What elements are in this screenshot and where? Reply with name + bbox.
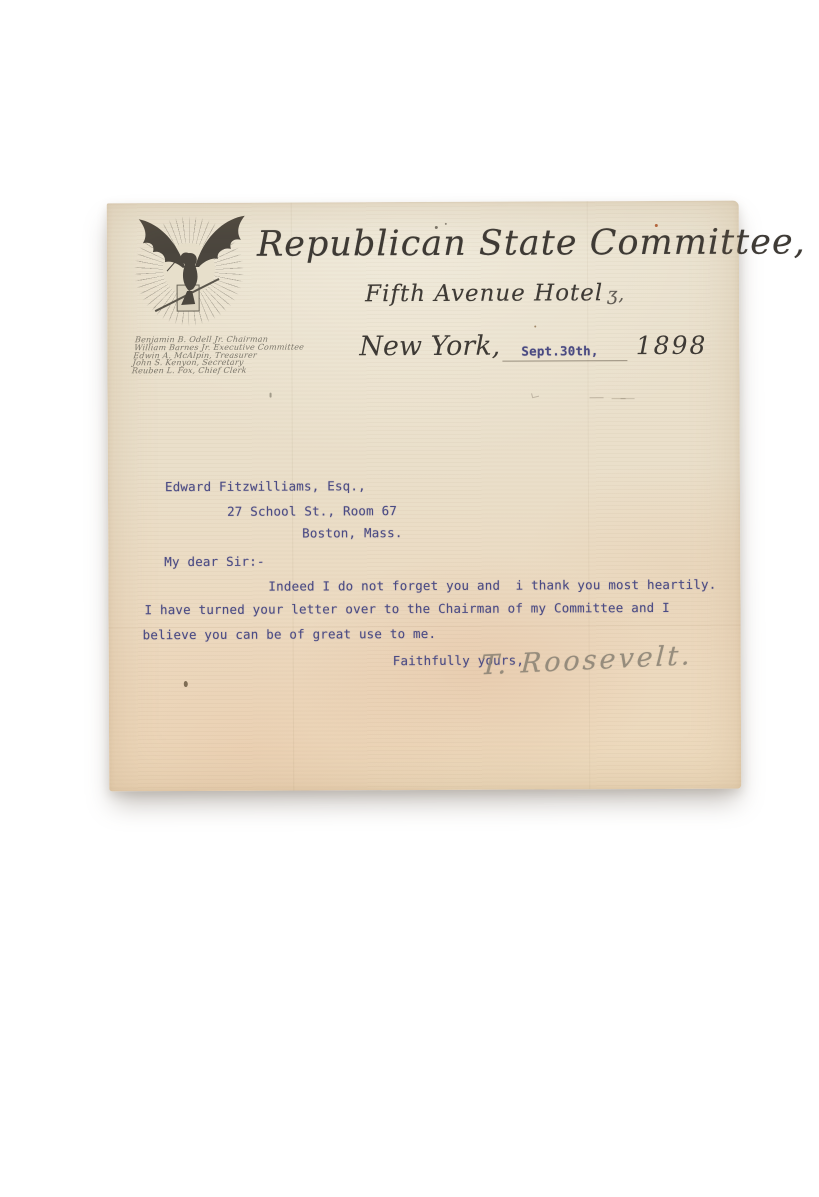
- ink-blot: [184, 681, 188, 687]
- date-rule: Sept.30th,: [502, 330, 628, 362]
- ink-speck: [435, 226, 438, 229]
- roosevelt-signature: T. Roosevelt.: [480, 640, 694, 681]
- body-line-3: believe you can be of great use to me.: [143, 626, 437, 642]
- ink-speck: [445, 223, 447, 225]
- stain-speck: [534, 326, 536, 328]
- flourish-ornament: ʒ,: [607, 284, 625, 305]
- red-speck: [655, 224, 658, 227]
- date-line: New York, Sept.30th, 1898: [359, 327, 707, 363]
- stray-mark: [270, 393, 272, 398]
- typed-date: Sept.30th,: [521, 343, 598, 358]
- recipient-city: Boston, Mass.: [302, 525, 403, 540]
- address-text: Fifth Avenue Hotel: [365, 280, 603, 307]
- year-script: 1898: [636, 331, 708, 361]
- body-line-1: Indeed I do not forget you and i thank y…: [268, 577, 716, 594]
- pencil-check-mark: [531, 392, 539, 399]
- officer-line: Reuben L. Fox, Chief Clerk: [131, 367, 302, 376]
- pencil-marks: [590, 397, 604, 398]
- officers-list: Benjamin B. Odell Jr. Chairman William B…: [131, 336, 305, 376]
- address-line: Fifth Avenue Hotelʒ,: [257, 280, 733, 308]
- body-line-2: I have turned your letter over to the Ch…: [144, 600, 669, 617]
- eagle-emblem-icon: [115, 207, 266, 334]
- scan-background: Republican State Committee, Fifth Avenue…: [0, 0, 819, 1197]
- recipient-name: Edward Fitzwilliams, Esq.,: [165, 478, 366, 494]
- city-script: New York,: [359, 332, 500, 363]
- organization-title: Republican State Committee,: [257, 223, 733, 265]
- recipient-street: 27 School St., Room 67: [227, 503, 397, 519]
- salutation: My dear Sir:-: [164, 554, 265, 569]
- letter-paper: Republican State Committee, Fifth Avenue…: [107, 201, 742, 792]
